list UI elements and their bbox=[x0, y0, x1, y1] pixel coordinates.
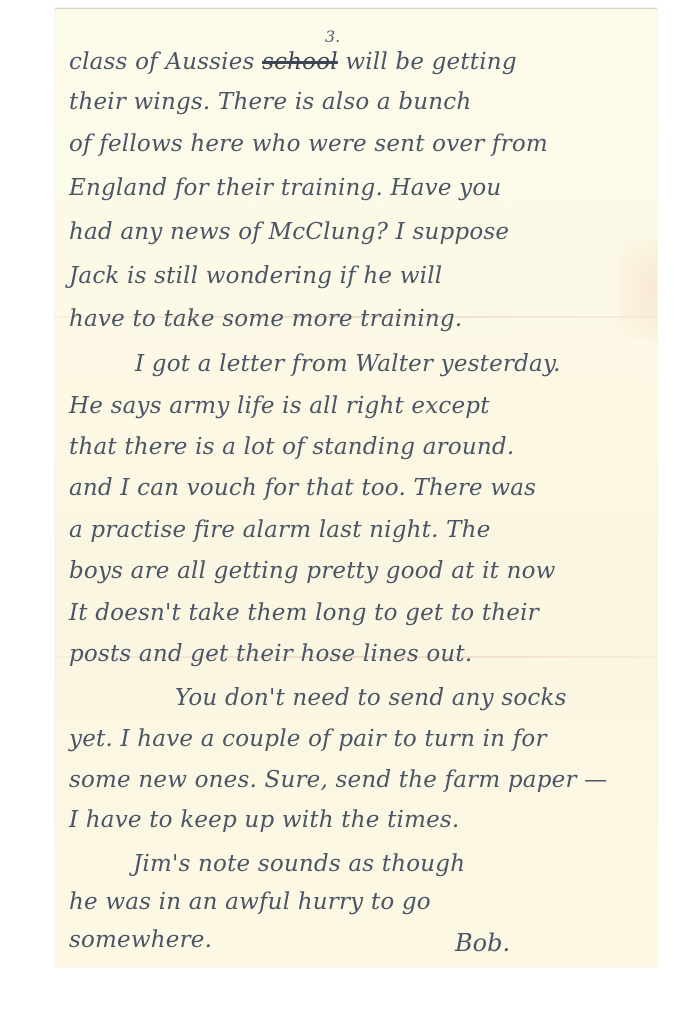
scan-canvas: 3. class of Aussies school will be getti… bbox=[0, 0, 691, 1024]
letter-line-7: have to take some more training. bbox=[69, 306, 462, 332]
letter-line-14: It doesn't take them long to get to thei… bbox=[69, 600, 539, 626]
letter-line-19: I have to keep up with the times. bbox=[69, 807, 459, 833]
letter-line-3: of fellows here who were sent over from bbox=[69, 131, 548, 157]
letter-line-1: class of Aussies school will be getting bbox=[69, 49, 517, 75]
letter-line-17: yet. I have a couple of pair to turn in … bbox=[69, 726, 547, 752]
letter-line-4: England for their training. Have you bbox=[69, 175, 501, 201]
letter-line-5: had any news of McClung? I suppose bbox=[69, 219, 509, 245]
letter-line-13: boys are all getting pretty good at it n… bbox=[69, 558, 556, 584]
letter-line-18: some new ones. Sure, send the farm paper… bbox=[69, 767, 607, 793]
letter-line-8: I got a letter from Walter yesterday. bbox=[135, 351, 561, 377]
line-text-post: will be getting bbox=[338, 49, 517, 75]
letter-line-20: Jim's note sounds as though bbox=[133, 851, 465, 877]
letter-line-2: their wings. There is also a bunch bbox=[69, 89, 471, 115]
letter-line-15: posts and get their hose lines out. bbox=[69, 641, 472, 667]
struck-out-word: school bbox=[262, 49, 338, 75]
letter-line-9: He says army life is all right except bbox=[69, 393, 490, 419]
line-text-pre: class of Aussies bbox=[69, 49, 262, 75]
letter-line-10: that there is a lot of standing around. bbox=[69, 434, 514, 460]
letter-line-21: he was in an awful hurry to go bbox=[69, 889, 431, 915]
letter-line-16: You don't need to send any socks bbox=[175, 685, 567, 711]
paper-stain bbox=[617, 239, 657, 339]
letter-line-22: somewhere. bbox=[69, 927, 212, 953]
letter-line-11: and I can vouch for that too. There was bbox=[69, 475, 536, 501]
page-number: 3. bbox=[325, 27, 340, 46]
letter-line-6: Jack is still wondering if he will bbox=[69, 263, 442, 289]
letter-line-12: a practise fire alarm last night. The bbox=[69, 517, 491, 543]
letter-page: 3. class of Aussies school will be getti… bbox=[55, 8, 657, 967]
signature: Bob. bbox=[455, 929, 510, 957]
